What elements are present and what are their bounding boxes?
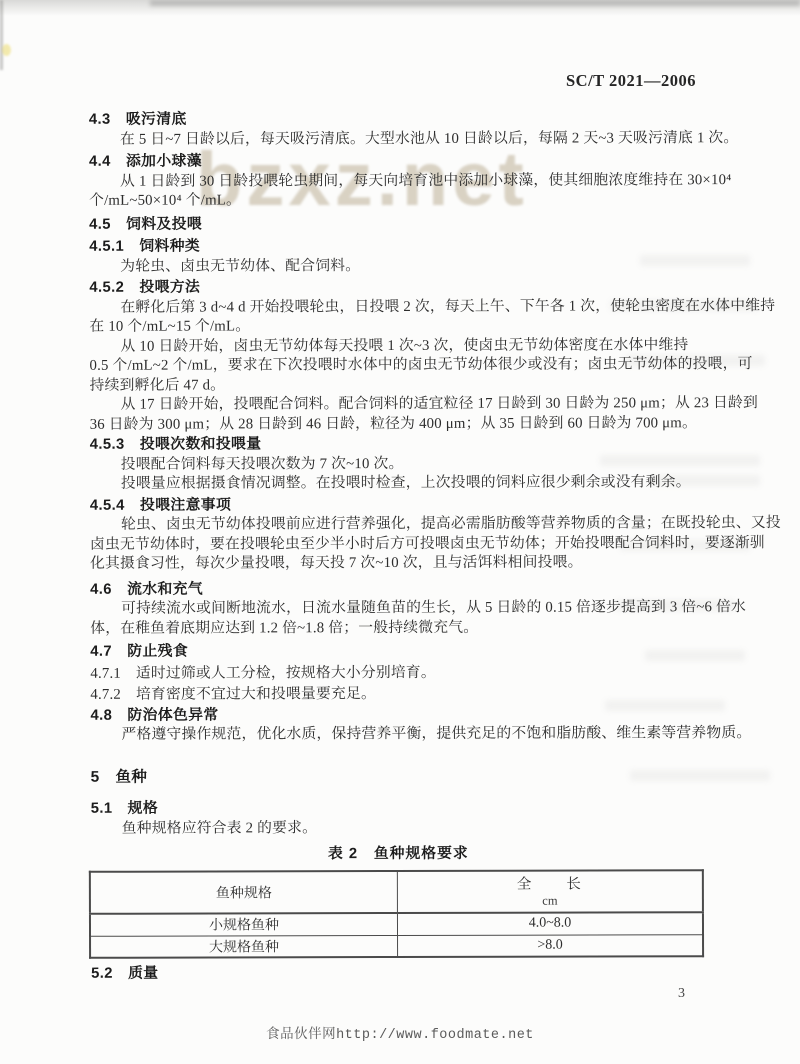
paragraph-line: 从 17 日龄开始，投喂配合饲料。配合饲料的适宜粒径 17 日龄到 30 日龄为… <box>90 394 704 415</box>
table-row: 小规格鱼种 4.0~8.0 <box>90 912 703 936</box>
paragraph-line: 轮虫、卤虫无节幼体投喂前应进行营养强化，提高必需脂肪酸等营养物质的含量；在既投轮… <box>90 514 704 535</box>
section-heading-4-4: 4.4 添加小球藻 <box>89 151 703 172</box>
paragraph-line: 持续到孵化后 47 d。 <box>90 375 704 396</box>
section-heading-4-6: 4.6 流水和充气 <box>90 579 704 600</box>
paragraph-line: 化其摄食习性，每次少量投喂，每天投 7 次~10 次，且与活饵料相间投喂。 <box>90 553 704 574</box>
section-heading-4-5-3: 4.5.3 投喂次数和投喂量 <box>90 434 704 455</box>
clause-4-7-1: 4.7.1 适时过筛或人工分检，按规格大小分别培育。 <box>90 663 704 684</box>
paragraph-line: 可持续流水或间断地流水，日流水量随鱼苗的生长，从 5 日龄的 0.15 倍逐步提… <box>90 598 704 619</box>
section-heading-4-5-1: 4.5.1 饲料种类 <box>89 236 703 257</box>
paragraph-line: 从 10 日龄开始，卤虫无节幼体每天投喂 1 次~3 次，使卤虫无节幼体密度在水… <box>89 336 703 357</box>
paragraph-line: 在 10 个/mL~15 个/mL。 <box>89 316 703 337</box>
table2-caption: 表 2 鱼种规格要求 <box>91 844 706 865</box>
footer-text: 食品伙伴网http://www.foodmate.net <box>266 1022 534 1043</box>
table-header-length: 全 长 cm <box>397 870 703 913</box>
paragraph-line: 卤虫无节幼体时，要在投喂轮虫至少半小时后方可投喂卤虫无节幼体；开始投喂配合饲料时… <box>90 534 704 555</box>
section-heading-4-3: 4.3 吸污清底 <box>89 109 703 130</box>
paragraph-line: 体，在稚鱼着底期应达到 1.2 倍~1.8 倍；一般持续微充气。 <box>90 618 704 639</box>
section-heading-5-1: 5.1 规格 <box>91 798 705 819</box>
paragraph-line: 严格遵守操作规范，优化水质，保持营养平衡，提供充足的不饱和脂肪酸、维生素等营养物… <box>90 724 704 745</box>
table-cell-value: 4.0~8.0 <box>397 912 703 935</box>
paragraph-line: 投喂配合饲料每天投喂次数为 7 次~10 次。 <box>90 454 704 475</box>
table-cell-spec: 大规格鱼种 <box>90 935 398 957</box>
paragraph-line: 从 1 日龄到 30 日龄投喂轮虫期间，每天向培育池中添加小球藻，使其细胞浓度维… <box>89 171 703 192</box>
clause-4-7-2: 4.7.2 培育密度不宜过大和投喂量要充足。 <box>90 684 704 705</box>
paragraph-line: 在 5 日~7 日龄以后，每天吸污清底。大型水池从 10 日龄以后，每隔 2 天… <box>89 129 703 150</box>
section-heading-4-5-4: 4.5.4 投喂注意事项 <box>90 495 704 516</box>
paragraph-line: 为轮虫、卤虫无节幼体、配合饲料。 <box>89 256 703 277</box>
section-heading-4-8: 4.8 防治体色异常 <box>90 705 704 726</box>
table2-spec-table: 鱼种规格 全 长 cm 小规格鱼种 4.0~8.0 大规格鱼种 >8.0 <box>89 869 704 959</box>
scanned-document-page: bzxz.net SC/T 2021—2006 4.3 吸污清底 在 5 日~7… <box>0 0 800 1064</box>
section-heading-4-7: 4.7 防止残食 <box>90 641 704 662</box>
standard-code: SC/T 2021—2006 <box>566 71 696 91</box>
section-heading-4-5: 4.5 饲料及投喂 <box>89 214 703 235</box>
table-header-row: 鱼种规格 全 长 cm <box>90 870 703 914</box>
table-header-length-title: 全 长 <box>398 873 702 894</box>
page-number: 3 <box>678 986 685 1002</box>
section-heading-5-2: 5.2 质量 <box>91 963 705 984</box>
scan-artifact-left-edge <box>0 0 3 70</box>
document-body: 4.3 吸污清底 在 5 日~7 日龄以后，每天吸污清底。大型水池从 10 日龄… <box>89 109 705 984</box>
table-cell-value: >8.0 <box>398 934 704 956</box>
paragraph-line: 投喂量应根据摄食情况调整。在投喂时检查，上次投喂的饲料应很少剩余或没有剩余。 <box>90 473 704 494</box>
table-header-spec: 鱼种规格 <box>90 871 398 914</box>
table-row: 大规格鱼种 >8.0 <box>90 934 703 957</box>
scan-artifact-streak <box>150 0 800 6</box>
section-heading-5: 5 鱼种 <box>91 766 705 787</box>
section-heading-4-5-2: 4.5.2 投喂方法 <box>89 277 703 298</box>
table-header-length-unit: cm <box>398 893 702 909</box>
paragraph-line: 0.5 个/mL~2 个/mL，要求在下次投喂时水体中的卤虫无节幼体很少或没有；… <box>90 355 704 376</box>
paragraph-line: 鱼种规格应符合表 2 的要求。 <box>91 818 705 839</box>
paragraph-line: 在孵化后第 3 d~4 d 开始投喂轮虫，日投喂 2 次，每天上午、下午各 1 … <box>89 297 703 318</box>
table-cell-spec: 小规格鱼种 <box>90 913 398 936</box>
scan-artifact-dot <box>2 44 11 56</box>
paragraph-line: 36 日龄为 300 μm；从 28 日龄到 46 日龄，粒径为 400 μm；… <box>90 414 704 435</box>
paragraph-line: 个/mL~50×10⁴ 个/mL。 <box>89 190 703 211</box>
